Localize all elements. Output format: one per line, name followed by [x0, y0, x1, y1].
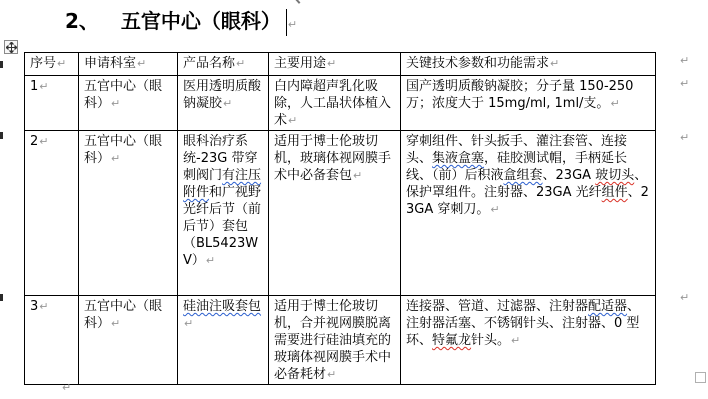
section-heading[interactable]: 2、五官中心（眼科）↵	[65, 5, 297, 36]
header-cell-dept[interactable]: 申请科室↵	[79, 53, 178, 76]
cell-use[interactable]: 适用于博士伦玻切机，合并视网膜脱离需要进行硅油填充的玻璃体视网膜手术中必备耗材↵	[269, 296, 401, 385]
four-arrows-icon	[6, 42, 17, 53]
cell-mark: ↵	[111, 317, 120, 330]
cell-mark: ↵	[610, 97, 619, 110]
cell-mark: ↵	[206, 254, 215, 267]
cell-specs[interactable]: 穿刺组件、针头扳手、灌注套管、连接头、集液盒塞，硅胶测试帽，手柄延长线、（前）后…	[401, 131, 656, 296]
heading-number: 2、	[65, 5, 99, 34]
cell-use[interactable]: 白内障超声乳化吸除，人工晶状体植入术↵	[269, 76, 401, 131]
left-margin-mark	[0, 61, 3, 68]
cell-mark: ↵	[236, 57, 245, 70]
row-end-mark: ↵	[680, 131, 689, 144]
header-cell-specs[interactable]: 关键技术参数和功能需求↵	[401, 53, 656, 76]
cell-mark: ↵	[137, 57, 146, 70]
table-row: 1↵ 五官中心（眼科）↵ 医用透明质酸钠凝胶↵ 白内障超声乳化吸除，人工晶状体植…	[25, 76, 656, 131]
cell-mark: ↵	[490, 203, 499, 216]
cell-mark: ↵	[327, 368, 336, 381]
stray-mark	[290, 0, 301, 4]
cell-no[interactable]: 1↵	[25, 76, 79, 131]
cell-mark: ↵	[111, 152, 120, 165]
table-row: 3↵ 五官中心（眼科）↵ 硅油注吸套包↵ 适用于博士伦玻切机，合并视网膜脱离需要…	[25, 296, 656, 385]
cell-dept[interactable]: 五官中心（眼科）↵	[79, 296, 178, 385]
left-margin-mark	[0, 132, 3, 139]
paragraph-mark: ↵	[62, 381, 71, 394]
row-end-mark: ↵	[680, 77, 689, 90]
cell-dept[interactable]: 五官中心（眼科）↵	[79, 76, 178, 131]
cell-mark: ↵	[184, 317, 193, 330]
cell-specs[interactable]: 连接器、管道、过滤器、注射器配适器、注射器活塞、不锈钢针头、注射器、0 型环、特…	[401, 296, 656, 385]
cell-mark: ↵	[327, 57, 336, 70]
requisition-table: 序号↵ 申请科室↵ 产品名称↵ 主要用途↵ 关键技术参数和功能需求↵ 1↵ 五官…	[24, 52, 656, 385]
cell-mark: ↵	[223, 97, 232, 110]
cell-mark: ↵	[57, 57, 66, 70]
cell-use[interactable]: 适用于博士伦玻切机，玻璃体视网膜手术中必备套包↵	[269, 131, 401, 296]
cell-mark: ↵	[39, 80, 48, 93]
paragraph-mark: ↵	[288, 18, 297, 31]
cell-dept[interactable]: 五官中心（眼科）↵	[79, 131, 178, 296]
table-move-handle-icon[interactable]	[4, 40, 18, 54]
cell-mark: ↵	[353, 169, 362, 182]
row-end-mark: ↵	[680, 54, 689, 67]
header-cell-product[interactable]: 产品名称↵	[178, 53, 269, 76]
text-cursor	[286, 9, 287, 36]
left-margin-mark	[0, 294, 3, 301]
cell-mark: ↵	[39, 135, 48, 148]
table-header-row: 序号↵ 申请科室↵ 产品名称↵ 主要用途↵ 关键技术参数和功能需求↵	[25, 53, 656, 76]
header-cell-no[interactable]: 序号↵	[25, 53, 79, 76]
cell-product[interactable]: 眼科治疗系统-23G 带穿刺阀门有注压附件和广视野光纤后节（前后节）套包（BL5…	[178, 131, 269, 296]
row-end-mark: ↵	[680, 291, 689, 304]
cell-mark: ↵	[550, 57, 559, 70]
cell-mark: ↵	[511, 334, 520, 347]
cell-no[interactable]: 3↵	[25, 296, 79, 385]
table-resize-handle[interactable]	[695, 372, 706, 383]
cell-mark: ↵	[39, 300, 48, 313]
cell-specs[interactable]: 国产透明质酸钠凝胶；分子量 150-250 万；浓度大于 15mg/ml, 1m…	[401, 76, 656, 131]
header-cell-use[interactable]: 主要用途↵	[269, 53, 401, 76]
cell-product[interactable]: 硅油注吸套包↵	[178, 296, 269, 385]
cell-mark: ↵	[111, 97, 120, 110]
cell-no[interactable]: 2↵	[25, 131, 79, 296]
table-row: 2↵ 五官中心（眼科）↵ 眼科治疗系统-23G 带穿刺阀门有注压附件和广视野光纤…	[25, 131, 656, 296]
page-title: 五官中心（眼科）	[121, 5, 281, 34]
cell-product[interactable]: 医用透明质酸钠凝胶↵	[178, 76, 269, 131]
cell-mark: ↵	[288, 114, 297, 127]
